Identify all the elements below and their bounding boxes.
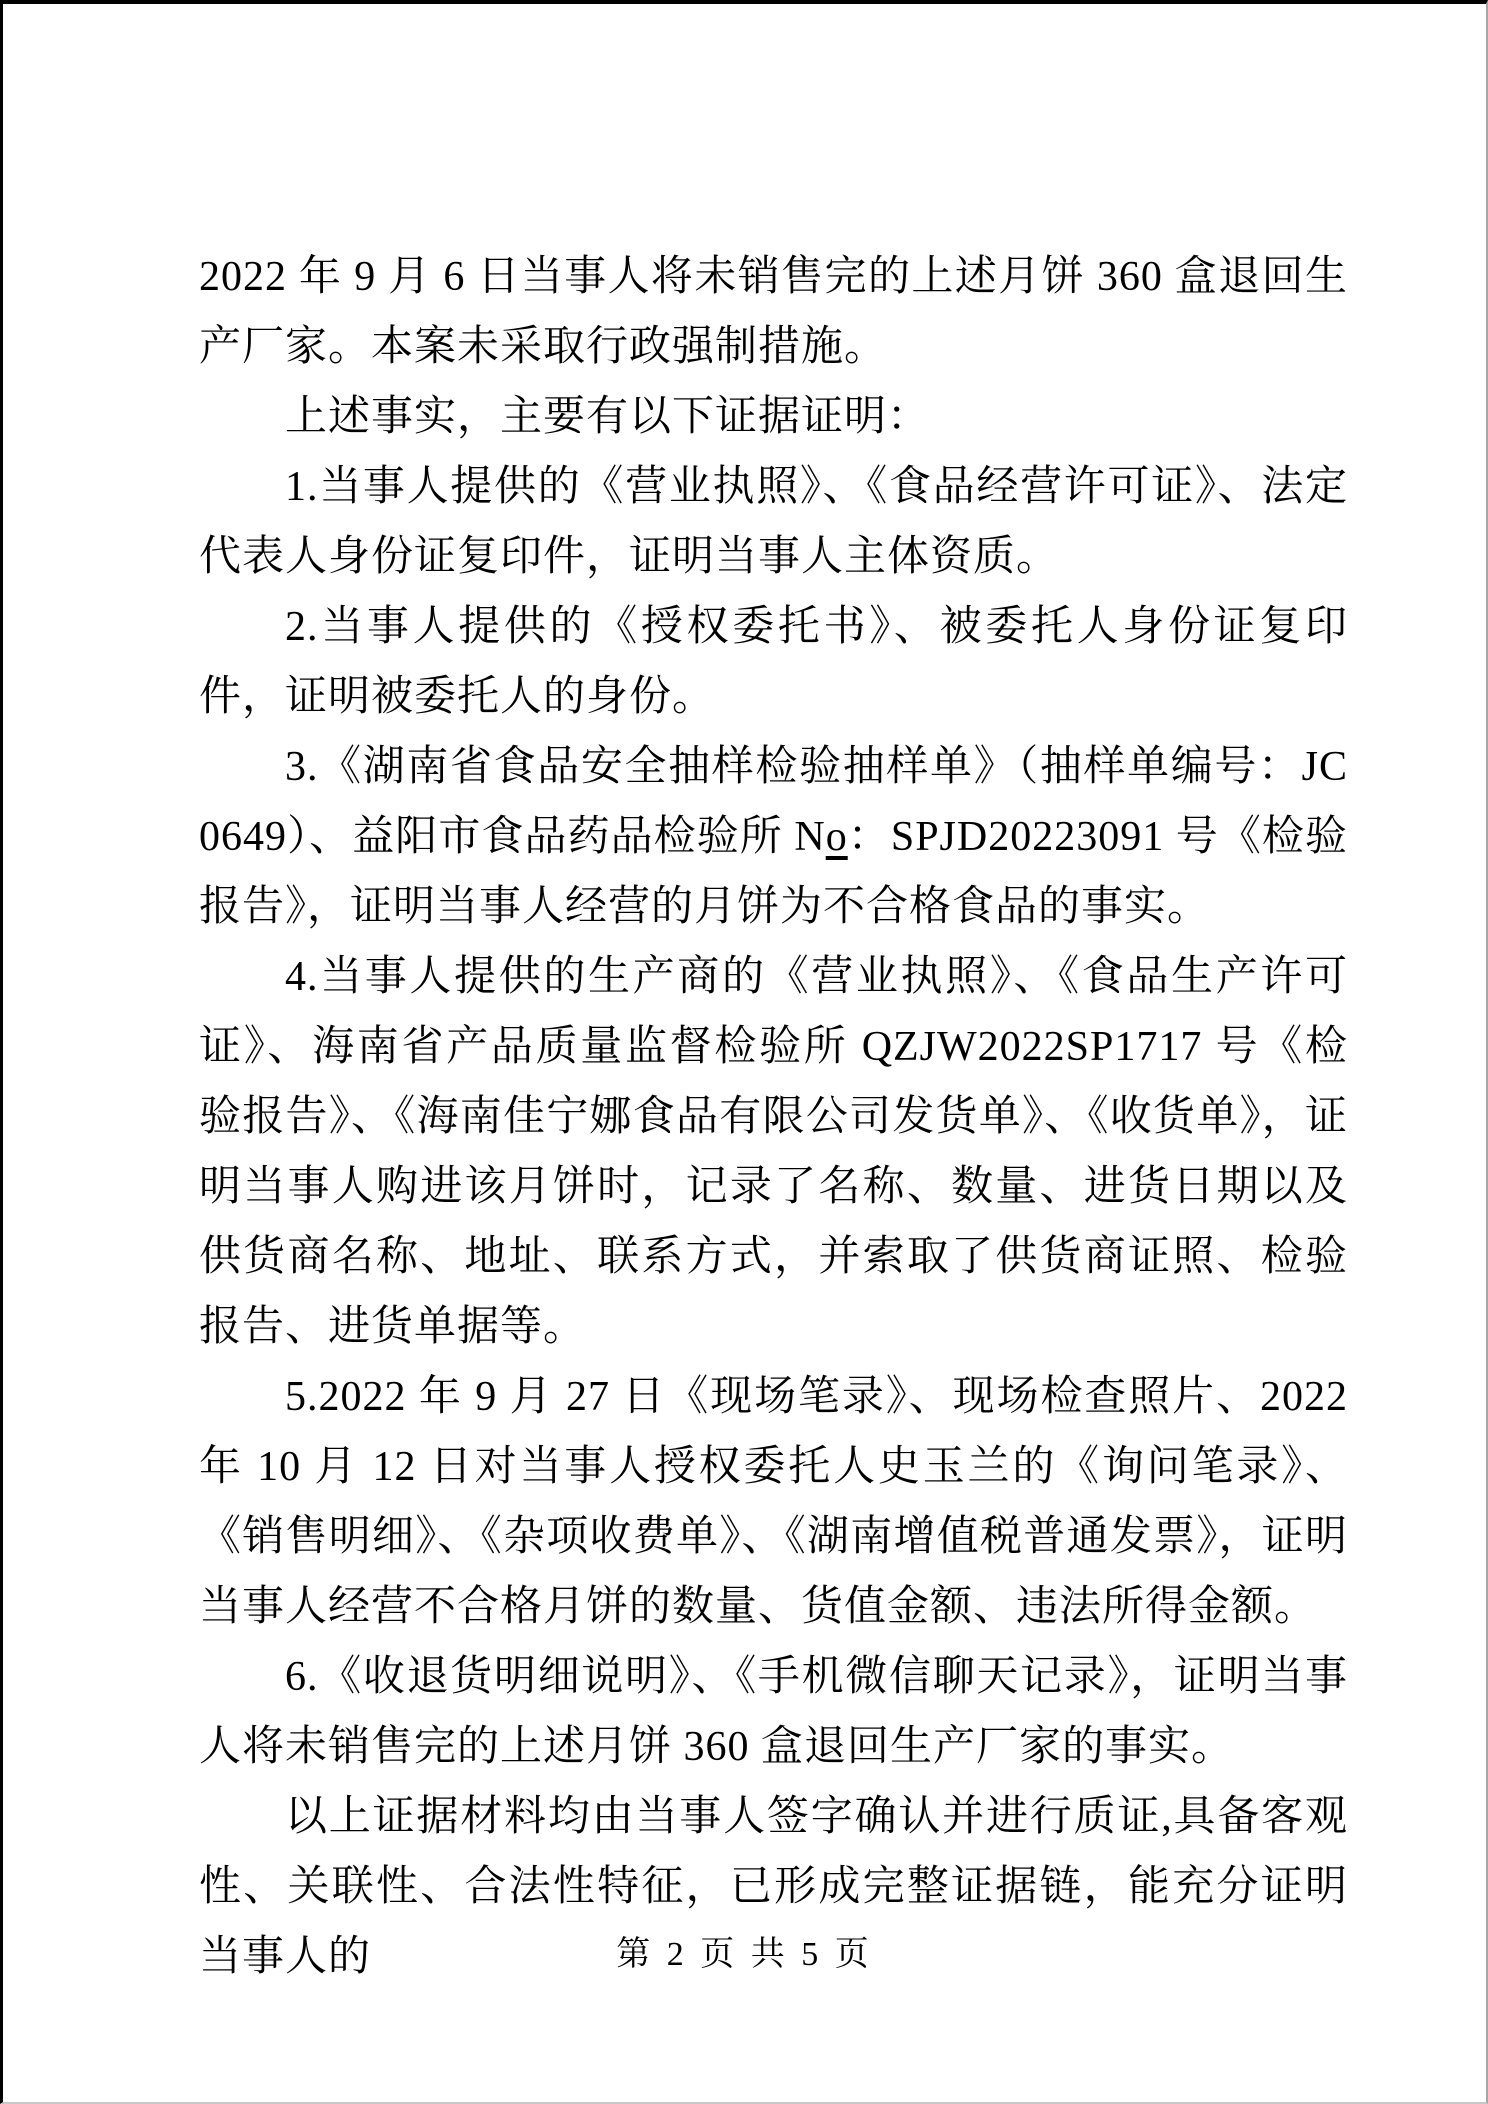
page-number: 第 2 页 共 5 页 — [3, 1926, 1486, 1975]
paragraph-continuation: 2022 年 9 月 6 日当事人将未销售完的上述月饼 360 盒退回生产厂家。… — [199, 242, 1348, 382]
paragraph-evidence-1: 1.当事人提供的《营业执照》、《食品经营许可证》、法定代表人身份证复印件，证明当… — [199, 452, 1348, 592]
paragraph-evidence-4: 4.当事人提供的生产商的《营业执照》、《食品生产许可证》、海南省产品质量监督检验… — [199, 942, 1348, 1362]
paragraph-evidence-6: 6.《收退货明细说明》、《手机微信聊天记录》，证明当事人将未销售完的上述月饼 3… — [199, 1642, 1348, 1782]
paragraph-evidence-5: 5.2022 年 9 月 27 日《现场笔录》、现场检查照片、2022 年 10… — [199, 1362, 1348, 1642]
paragraph-evidence-3: 3.《湖南省食品安全抽样检验抽样单》（抽样单编号：JC0649）、益阳市食品药品… — [199, 732, 1348, 942]
paragraph-evidence-2: 2.当事人提供的《授权委托书》、被委托人身份证复印件，证明被委托人的身份。 — [199, 592, 1348, 732]
numero-underlined-o: o — [826, 814, 848, 860]
document-body: 2022 年 9 月 6 日当事人将未销售完的上述月饼 360 盒退回生产厂家。… — [3, 4, 1486, 1992]
document-page: 2022 年 9 月 6 日当事人将未销售完的上述月饼 360 盒退回生产厂家。… — [0, 0, 1488, 2104]
paragraph-evidence-intro: 上述事实，主要有以下证据证明： — [199, 382, 1348, 452]
